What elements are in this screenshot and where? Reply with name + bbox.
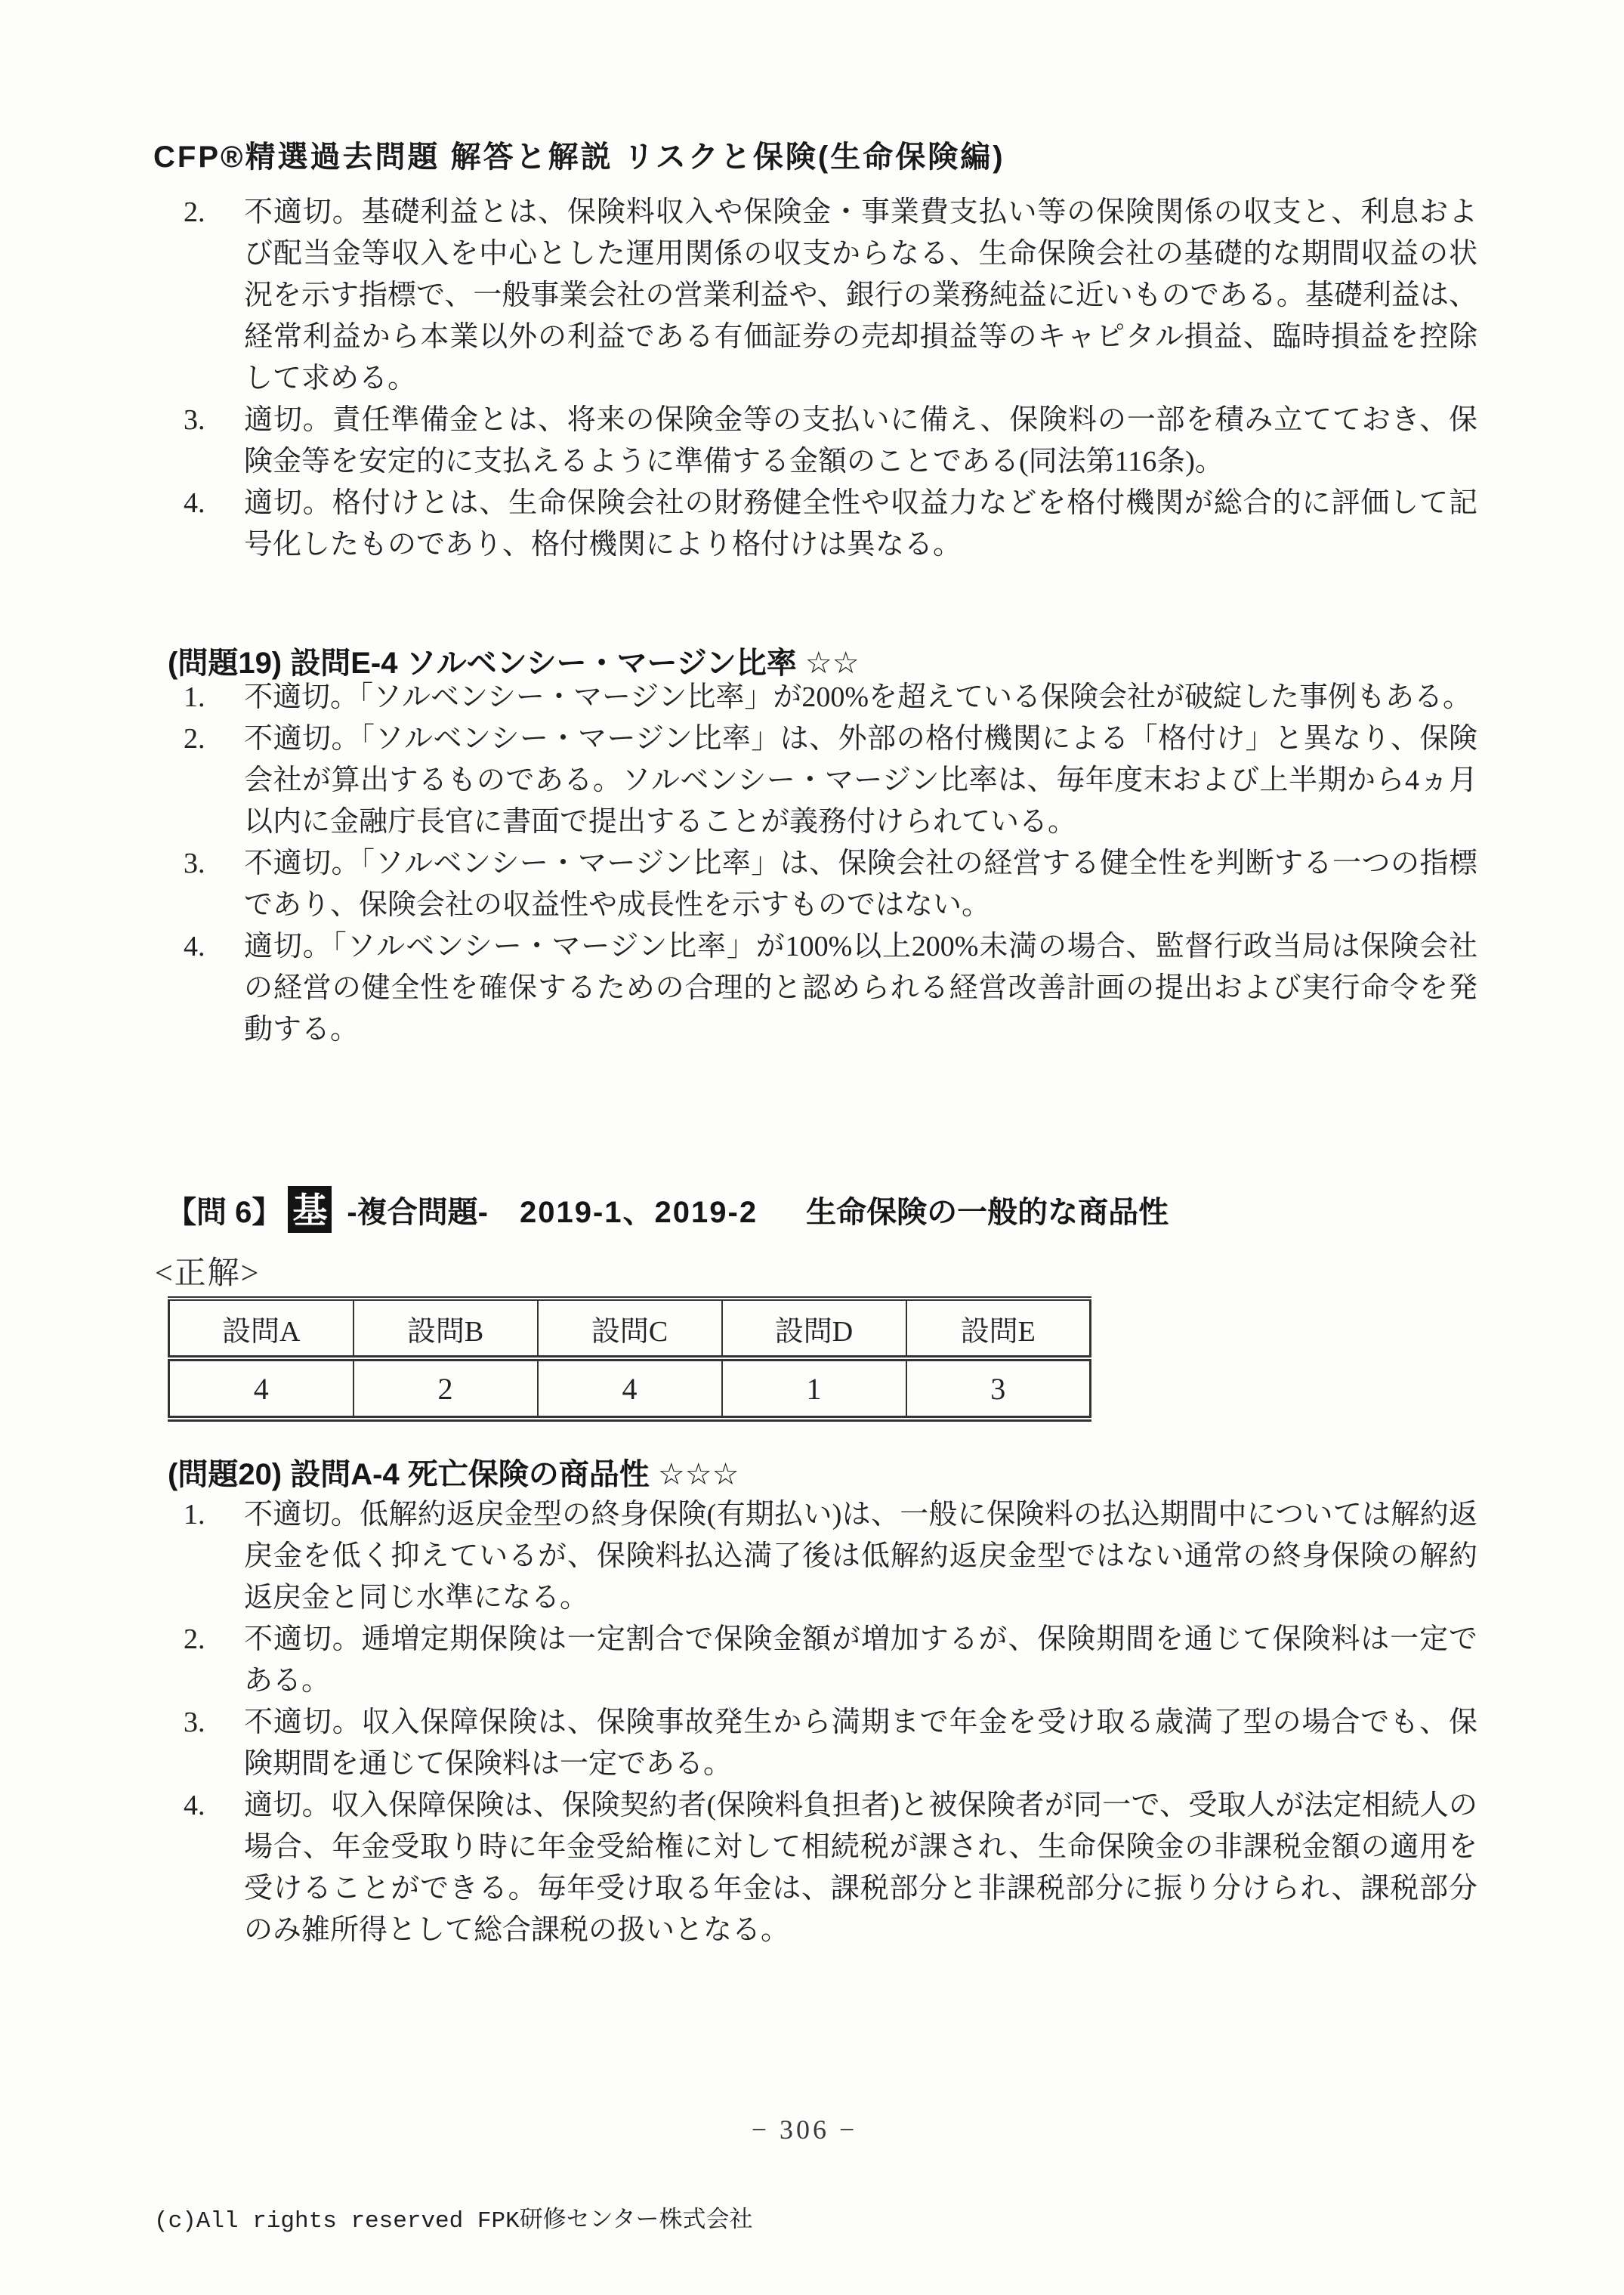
document-header-title: CFP®精選過去問題 解答と解説 リスクと保険(生命保険編) bbox=[153, 133, 1005, 176]
item-number: 4. bbox=[184, 1785, 244, 1951]
item-number: 1. bbox=[184, 677, 244, 718]
table-header-cell: 設問D bbox=[722, 1299, 906, 1358]
item-text: 不適切。「ソルベンシー・マージン比率」は、保険会社の経営する健全性を判断する一つ… bbox=[244, 843, 1477, 926]
problem6-title: 生命保険の一般的な商品性 bbox=[806, 1188, 1169, 1231]
table-value-row: 4 2 4 1 3 bbox=[169, 1358, 1091, 1419]
item-number: 2. bbox=[184, 718, 244, 843]
item-number: 2. bbox=[184, 1619, 244, 1702]
list-item: 2. 不適切。逓増定期保険は一定割合で保険金額が増加するが、保険期間を通じて保険… bbox=[184, 1619, 1477, 1702]
problem6-heading: 【問 6】 基 -複合問題- 2019-1、2019-2 生命保険の一般的な商品… bbox=[166, 1186, 1169, 1233]
table-header-cell: 設問C bbox=[538, 1299, 722, 1358]
page-number: − 306 − bbox=[0, 2114, 1609, 2145]
problem6-subtitle: -複合問題- bbox=[347, 1188, 488, 1231]
item-text: 不適切。低解約返戻金型の終身保険(有期払い)は、一般に保険料の払込期間中について… bbox=[244, 1494, 1477, 1619]
table-value-cell: 4 bbox=[169, 1358, 354, 1419]
list-item: 2. 不適切。「ソルベンシー・マージン比率」は、外部の格付機関による「格付け」と… bbox=[184, 718, 1477, 843]
list-item: 4. 適切。格付けとは、生命保険会社の財務健全性や収益力などを格付機関が総合的に… bbox=[184, 483, 1477, 566]
problem6-label: 【問 6】 bbox=[166, 1188, 282, 1231]
problem6-exam-refs: 2019-1、2019-2 bbox=[520, 1188, 758, 1231]
table-header-cell: 設問E bbox=[906, 1299, 1091, 1358]
table-value-cell: 1 bbox=[722, 1358, 906, 1419]
item-number: 4. bbox=[184, 483, 244, 566]
problem20-answer-list: 1. 不適切。低解約返戻金型の終身保険(有期払い)は、一般に保険料の払込期間中に… bbox=[184, 1494, 1477, 1951]
correct-answer-label: <正解> bbox=[155, 1248, 260, 1293]
item-text: 適切。収入保障保険は、保険契約者(保険料負担者)と被保険者が同一で、受取人が法定… bbox=[244, 1785, 1477, 1951]
list-item: 3. 不適切。「ソルベンシー・マージン比率」は、保険会社の経営する健全性を判断す… bbox=[184, 843, 1477, 926]
table-header-row: 設問A 設問B 設問C 設問D 設問E bbox=[169, 1299, 1091, 1358]
table-value-cell: 4 bbox=[538, 1358, 722, 1419]
list-item: 4. 適切。収入保障保険は、保険契約者(保険料負担者)と被保険者が同一で、受取人… bbox=[184, 1785, 1477, 1951]
list-item: 2. 不適切。基礎利益とは、保険料収入や保険金・事業費支払い等の保険関係の収支と… bbox=[184, 192, 1477, 400]
table-header-cell: 設問A bbox=[169, 1299, 354, 1358]
item-text: 不適切。基礎利益とは、保険料収入や保険金・事業費支払い等の保険関係の収支と、利息… bbox=[244, 192, 1477, 400]
correct-answer-table: 設問A 設問B 設問C 設問D 設問E 4 2 4 1 3 bbox=[168, 1296, 1091, 1422]
table-value-cell: 2 bbox=[354, 1358, 538, 1419]
list-item: 4. 適切。「ソルベンシー・マージン比率」が100%以上200%未満の場合、監督… bbox=[184, 926, 1477, 1051]
table-header-cell: 設問B bbox=[354, 1299, 538, 1358]
item-number: 1. bbox=[184, 1494, 244, 1619]
item-text: 適切。責任準備金とは、将来の保険金等の支払いに備え、保険料の一部を積み立てておき… bbox=[244, 400, 1477, 483]
continued-answer-list: 2. 不適切。基礎利益とは、保険料収入や保険金・事業費支払い等の保険関係の収支と… bbox=[184, 192, 1477, 566]
item-number: 3. bbox=[184, 843, 244, 926]
basic-level-badge: 基 bbox=[288, 1186, 332, 1233]
item-text: 不適切。逓増定期保険は一定割合で保険金額が増加するが、保険期間を通じて保険料は一… bbox=[244, 1619, 1477, 1702]
problem19-answer-list: 1. 不適切。「ソルベンシー・マージン比率」が200%を超えている保険会社が破綻… bbox=[184, 677, 1477, 1051]
item-text: 不適切。「ソルベンシー・マージン比率」は、外部の格付機関による「格付け」と異なり… bbox=[244, 718, 1477, 843]
item-number: 3. bbox=[184, 1702, 244, 1785]
item-text: 不適切。「ソルベンシー・マージン比率」が200%を超えている保険会社が破綻した事… bbox=[244, 677, 1477, 718]
problem19-heading: (問題19) 設問E-4 ソルベンシー・マージン比率 ☆☆ bbox=[168, 639, 860, 682]
list-item: 3. 適切。責任準備金とは、将来の保険金等の支払いに備え、保険料の一部を積み立て… bbox=[184, 400, 1477, 483]
item-number: 2. bbox=[184, 192, 244, 400]
item-number: 3. bbox=[184, 400, 244, 483]
document-page: CFP®精選過去問題 解答と解説 リスクと保険(生命保険編) 2. 不適切。基礎… bbox=[0, 0, 1624, 2295]
item-text: 適切。格付けとは、生命保険会社の財務健全性や収益力などを格付機関が総合的に評価し… bbox=[244, 483, 1477, 566]
problem20-heading: (問題20) 設問A-4 死亡保険の商品性 ☆☆☆ bbox=[168, 1450, 739, 1493]
item-number: 4. bbox=[184, 926, 244, 1051]
list-item: 1. 不適切。「ソルベンシー・マージン比率」が200%を超えている保険会社が破綻… bbox=[184, 677, 1477, 718]
copyright-notice: (c)All rights reserved FPK研修センター株式会社 bbox=[154, 2200, 752, 2235]
list-item: 3. 不適切。収入保障保険は、保険事故発生から満期まで年金を受け取る歳満了型の場… bbox=[184, 1702, 1477, 1785]
item-text: 不適切。収入保障保険は、保険事故発生から満期まで年金を受け取る歳満了型の場合でも… bbox=[244, 1702, 1477, 1785]
item-text: 適切。「ソルベンシー・マージン比率」が100%以上200%未満の場合、監督行政当… bbox=[244, 926, 1477, 1051]
table-value-cell: 3 bbox=[906, 1358, 1091, 1419]
list-item: 1. 不適切。低解約返戻金型の終身保険(有期払い)は、一般に保険料の払込期間中に… bbox=[184, 1494, 1477, 1619]
